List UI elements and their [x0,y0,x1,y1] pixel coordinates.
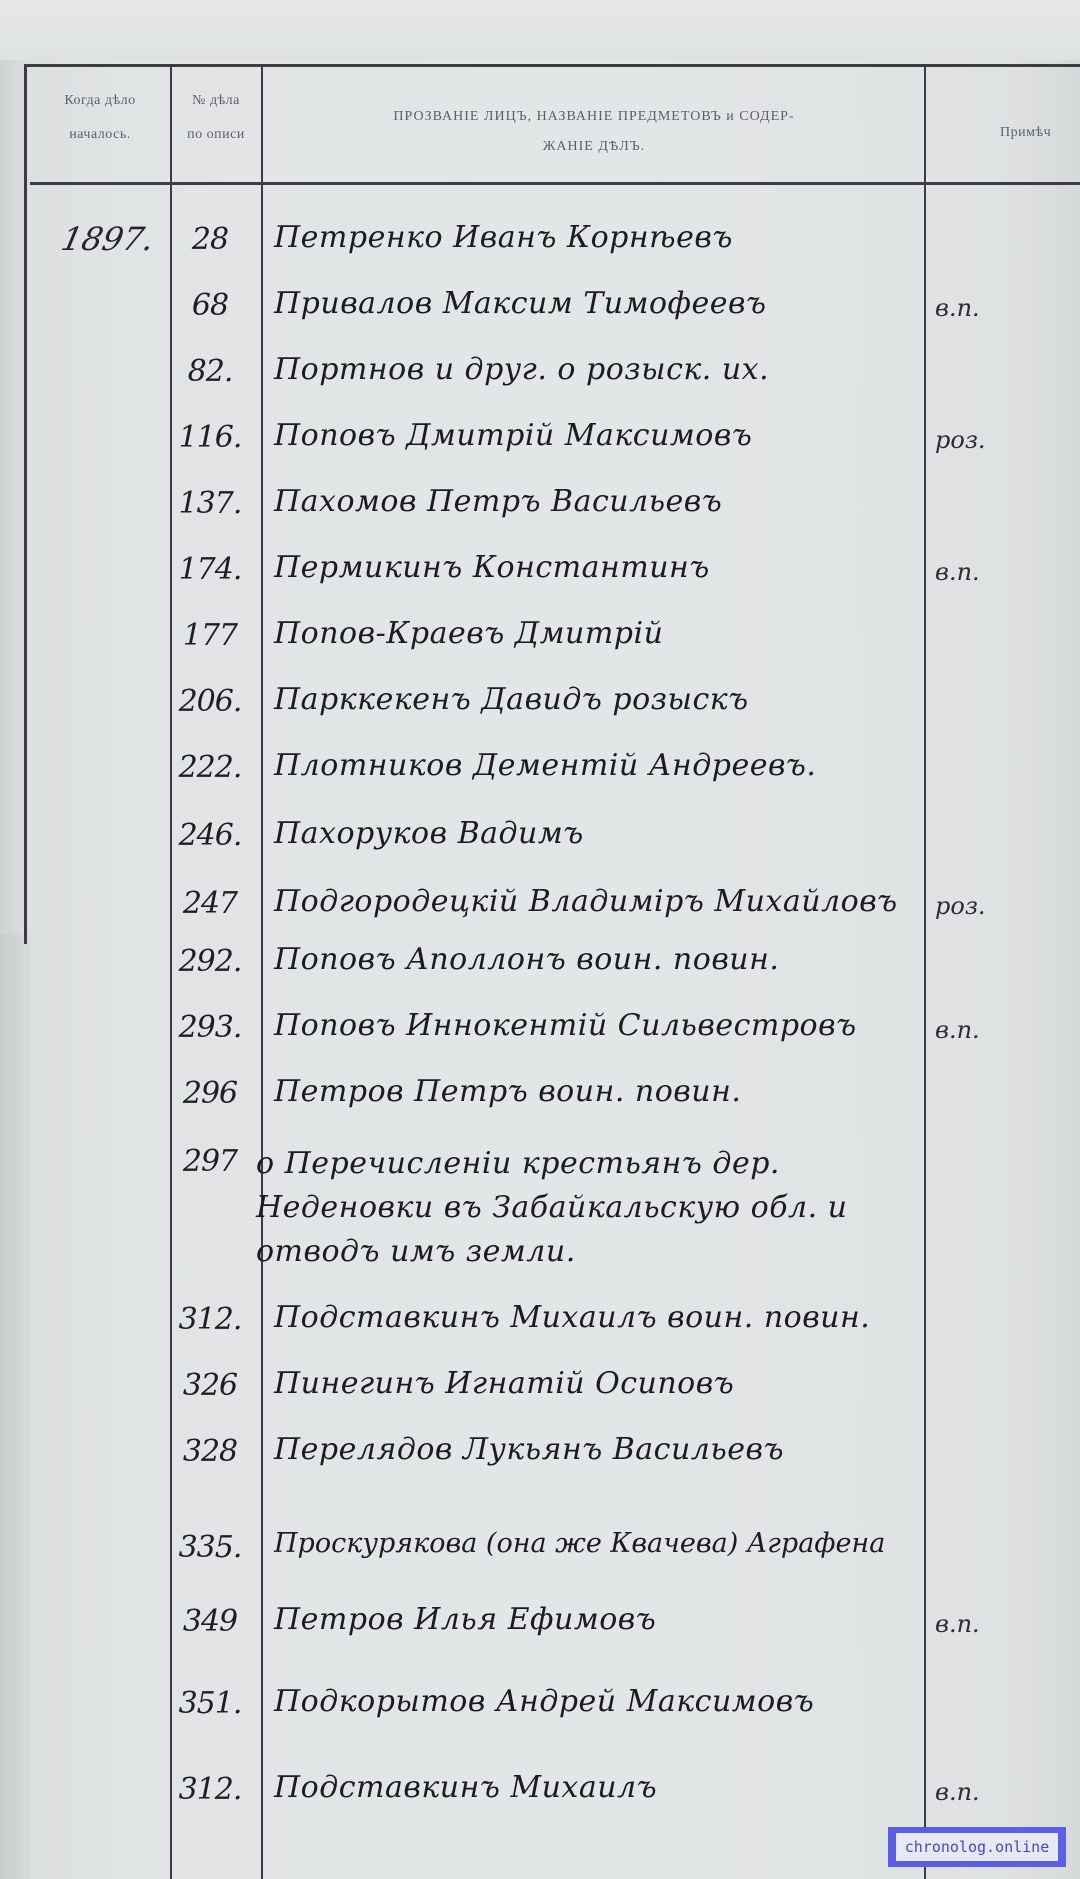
header-col-content: ПРОЗВАНІЕ ЛИЦЪ, НАЗВАНІЕ ПРЕДМЕТОВЪ и СО… [264,102,924,162]
case-note: в.п. [935,1778,1045,1806]
case-content: Привалов Максим Тимофеевъ [274,286,934,321]
case-content: Пахоруков Вадимъ [274,816,934,851]
case-number: 292. [160,944,260,979]
watermark-badge: chronolog.online [888,1827,1066,1867]
case-content: о Перечисленіи крестьянъ дер. Неденовки … [256,1142,916,1274]
table-row: 68 Привалов Максим Тимофеевъ в.п. [0,278,1080,338]
table-row: 292. Поповъ Аполлонъ воин. повин. [0,934,1080,994]
header-col-started: Когда дѣло началось. [30,84,170,152]
case-content: Поповъ Аполлонъ воин. повин. [274,942,934,977]
table-row: 297 о Перечисленіи крестьянъ дер. Недено… [0,1134,1080,1284]
header-col-number-line2: по описи [172,118,260,152]
table-row: 246. Пахоруков Вадимъ [0,808,1080,868]
case-content: Подкорытов Андрей Максимовъ [274,1684,934,1719]
table-row: 312. Подставкинъ Михаилъ в.п. [0,1762,1080,1822]
table-row: 206. Парккекенъ Давидъ розыскъ [0,674,1080,734]
case-number: 351. [160,1686,260,1721]
header-col-notes-label: Примѣч [1000,116,1080,150]
case-content: Петров Илья Ефимовъ [274,1602,934,1637]
case-content: Попов-Краевъ Дмитрій [274,616,934,651]
case-number: 222. [160,750,260,785]
header-col-started-line2: началось. [30,118,170,152]
case-number: 177 [160,618,260,653]
table-row: 328 Перелядов Лукьянъ Васильевъ [0,1424,1080,1484]
table-row: 247 Подгородецкій Владиміръ Михайловъ ро… [0,876,1080,936]
case-content: Подставкинъ Михаилъ воин. повин. [274,1300,934,1335]
case-content: Подставкинъ Михаилъ [274,1770,934,1805]
header-bottom-rule [30,182,1080,185]
case-content: Поповъ Дмитрій Максимовъ [274,418,934,453]
case-note: роз. [935,426,1045,454]
header-col-notes: Примѣч [1000,116,1080,150]
case-number: 206. [160,684,260,719]
case-number: 296 [160,1076,260,1111]
case-content: Портнов и друг. о розыск. их. [274,352,934,387]
case-content: Пахомов Петръ Васильевъ [274,484,934,519]
table-row: 349 Петров Илья Ефимовъ в.п. [0,1594,1080,1654]
header-col-number: № дѣла по описи [172,84,260,152]
table-row: 137. Пахомов Петръ Васильевъ [0,476,1080,536]
case-number: 28 [160,222,260,257]
case-note: в.п. [935,1016,1045,1044]
case-content: Петров Петръ воин. повин. [274,1074,934,1109]
case-content: Парккекенъ Давидъ розыскъ [274,682,934,717]
page-top-margin [0,0,1080,60]
watermark-text: chronolog.online [896,1833,1058,1861]
header-col-content-line2: ЖАНІЕ ДѢЛЪ. [264,132,924,162]
table-row: 28 Петренко Иванъ Корнѣевъ [0,212,1080,272]
table-row: 351. Подкорытов Андрей Максимовъ [0,1676,1080,1736]
case-content: Подгородецкій Владиміръ Михайловъ [274,884,934,919]
case-content: Поповъ Иннокентій Сильвестровъ [274,1008,934,1043]
case-number: 297 [160,1144,260,1179]
table-row: 326 Пинегинъ Игнатій Осиповъ [0,1358,1080,1418]
table-row: 116. Поповъ Дмитрій Максимовъ роз. [0,410,1080,470]
case-content: Пинегинъ Игнатій Осиповъ [274,1366,934,1401]
ledger-page: Когда дѣло началось. № дѣла по описи ПРО… [0,0,1080,1879]
header-col-number-line1: № дѣла [172,84,260,118]
case-note: в.п. [935,558,1045,586]
case-number: 247 [160,886,260,921]
case-content: Петренко Иванъ Корнѣевъ [274,220,934,255]
table-row: 312. Подставкинъ Михаилъ воин. повин. [0,1292,1080,1352]
case-number: 68 [160,288,260,323]
case-content: Плотников Дементій Андреевъ. [274,748,934,783]
case-note: в.п. [935,1610,1045,1638]
case-number: 349 [160,1604,260,1639]
case-number: 312. [160,1772,260,1807]
table-row: 82. Портнов и друг. о розыск. их. [0,344,1080,404]
case-content: Проскурякова (она же Квачева) Аграфена [274,1528,934,1559]
case-number: 335. [160,1530,260,1565]
table-row: 222. Плотников Дементій Андреевъ. [0,740,1080,800]
table-top-rule [24,64,1080,67]
case-number: 137. [160,486,260,521]
case-note: в.п. [935,294,1045,322]
table-row: 296 Петров Петръ воин. повин. [0,1066,1080,1126]
case-content: Пермикинъ Константинъ [274,550,934,585]
header-col-content-line1: ПРОЗВАНІЕ ЛИЦЪ, НАЗВАНІЕ ПРЕДМЕТОВЪ и СО… [264,102,924,132]
table-row: 174. Пермикинъ Константинъ в.п. [0,542,1080,602]
case-number: 82. [160,354,260,389]
table-row: 177 Попов-Краевъ Дмитрій [0,608,1080,668]
table-row: 293. Поповъ Иннокентій Сильвестровъ в.п. [0,1000,1080,1060]
case-number: 174. [160,552,260,587]
case-number: 116. [160,420,260,455]
case-note: роз. [935,892,1045,920]
case-number: 246. [160,818,260,853]
case-number: 293. [160,1010,260,1045]
case-number: 328 [160,1434,260,1469]
case-number: 326 [160,1368,260,1403]
header-col-started-line1: Когда дѣло [30,84,170,118]
case-number: 312. [160,1302,260,1337]
case-content: Перелядов Лукьянъ Васильевъ [274,1432,934,1467]
table-row: 335. Проскурякова (она же Квачева) Аграф… [0,1520,1080,1580]
